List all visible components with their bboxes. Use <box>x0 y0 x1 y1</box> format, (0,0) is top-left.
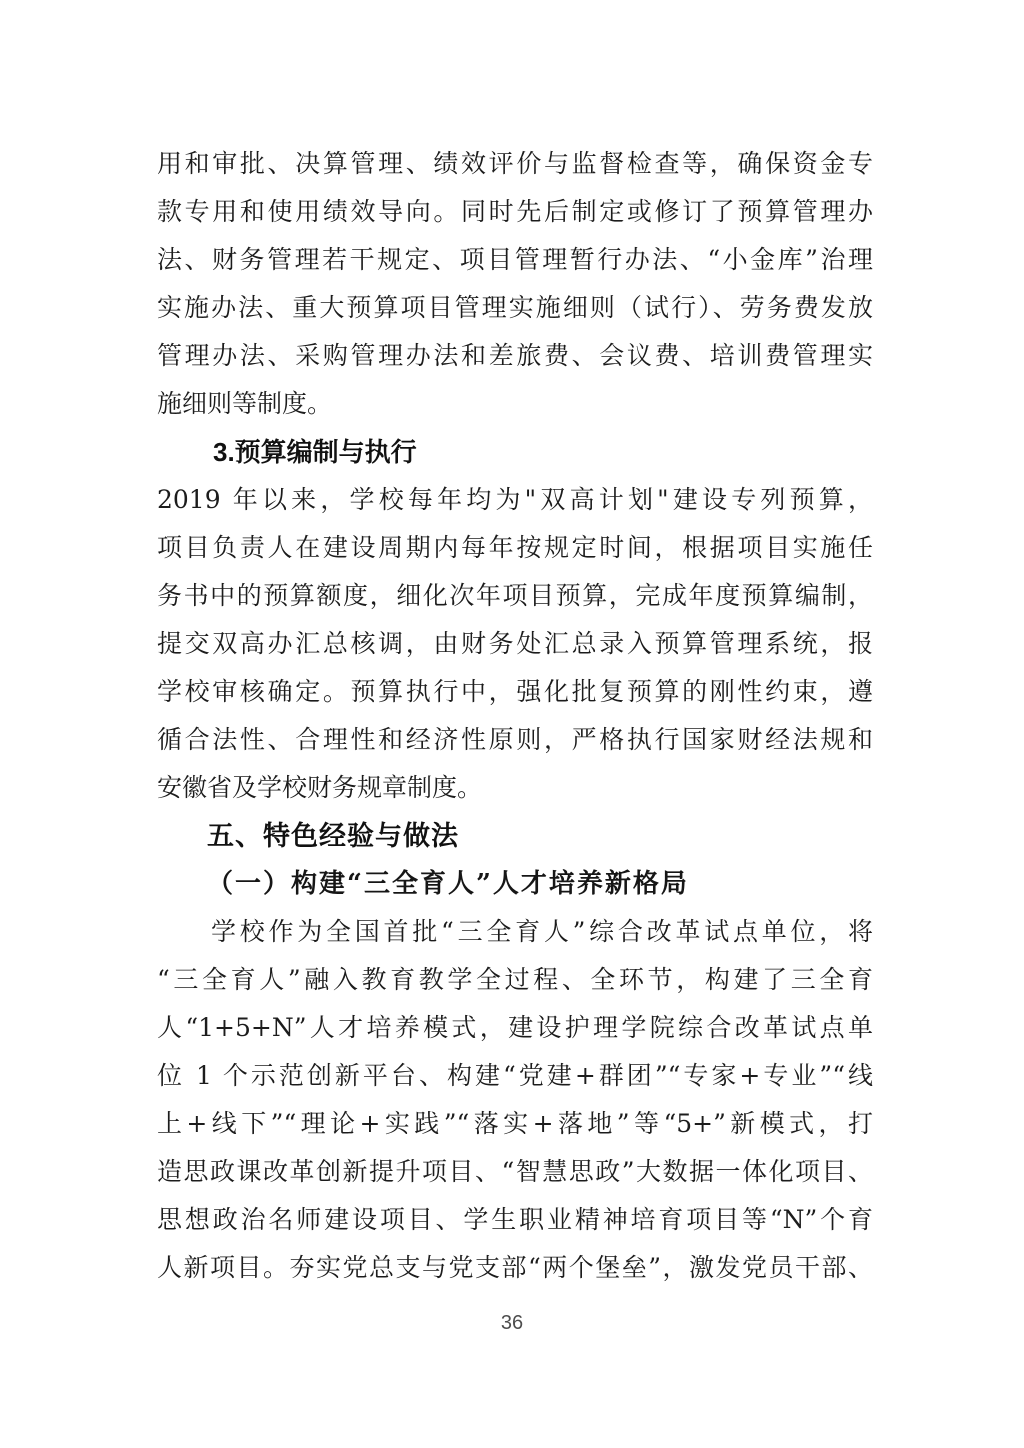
page-footer: 36 <box>0 1312 1024 1335</box>
text-line: 用和审批、决算管理、绩效评价与监督检查等，确保资金专 <box>157 140 873 188</box>
text-line: 提交双高办汇总核调，由财务处汇总录入预算管理系统，报 <box>157 620 873 668</box>
text-line: 款专用和使用绩效导向。同时先后制定或修订了预算管理办 <box>157 188 873 236</box>
text-line: 安徽省及学校财务规章制度。 <box>157 764 873 812</box>
subheading-sanquan-yuren: （一）构建“三全育人”人才培养新格局 <box>157 860 873 908</box>
text-line: 人“1+5+N”人才培养模式，建设护理学院综合改革试点单 <box>157 1004 873 1052</box>
text-line: 上+线下”“理论+实践”“落实+落地”等“5+”新模式，打 <box>157 1100 873 1148</box>
text-line: 法、财务管理若干规定、项目管理暂行办法、“小金库”治理 <box>157 236 873 284</box>
text-line: 2019 年以来，学校每年均为"双高计划"建设专列预算， <box>157 476 873 524</box>
text-line: 思想政治名师建设项目、学生职业精神培育项目等“N”个育 <box>157 1196 873 1244</box>
document-page: 用和审批、决算管理、绩效评价与监督检查等，确保资金专款专用和使用绩效导向。同时先… <box>0 0 1024 1448</box>
text-line: 人新项目。夯实党总支与党支部“两个堡垒”，激发党员干部、 <box>157 1244 873 1292</box>
text-line: 学校审核确定。预算执行中，强化批复预算的刚性约束，遵 <box>157 668 873 716</box>
page-number: 36 <box>501 1312 523 1334</box>
text-line: 项目负责人在建设周期内每年按规定时间，根据项目实施任 <box>157 524 873 572</box>
text-line: 施细则等制度。 <box>157 380 873 428</box>
text-line: 务书中的预算额度，细化次年项目预算，完成年度预算编制， <box>157 572 873 620</box>
text-line: 学校作为全国首批“三全育人”综合改革试点单位，将 <box>157 908 873 956</box>
text-line: “三全育人”融入教育教学全过程、全环节，构建了三全育 <box>157 956 873 1004</box>
text-line: 实施办法、重大预算项目管理实施细则（试行）、劳务费发放 <box>157 284 873 332</box>
text-line: 管理办法、采购管理办法和差旅费、会议费、培训费管理实 <box>157 332 873 380</box>
text-line: 造思政课改革创新提升项目、“智慧思政”大数据一体化项目、 <box>157 1148 873 1196</box>
document-body: 用和审批、决算管理、绩效评价与监督检查等，确保资金专款专用和使用绩效导向。同时先… <box>157 140 873 1292</box>
heading-special-experience: 五、特色经验与做法 <box>157 812 873 860</box>
heading-budget-compilation: 3.预算编制与执行 <box>157 428 873 476</box>
text-line: 位 1 个示范创新平台、构建“党建+群团”“专家+专业”“线 <box>157 1052 873 1100</box>
text-line: 循合法性、合理性和经济性原则，严格执行国家财经法规和 <box>157 716 873 764</box>
